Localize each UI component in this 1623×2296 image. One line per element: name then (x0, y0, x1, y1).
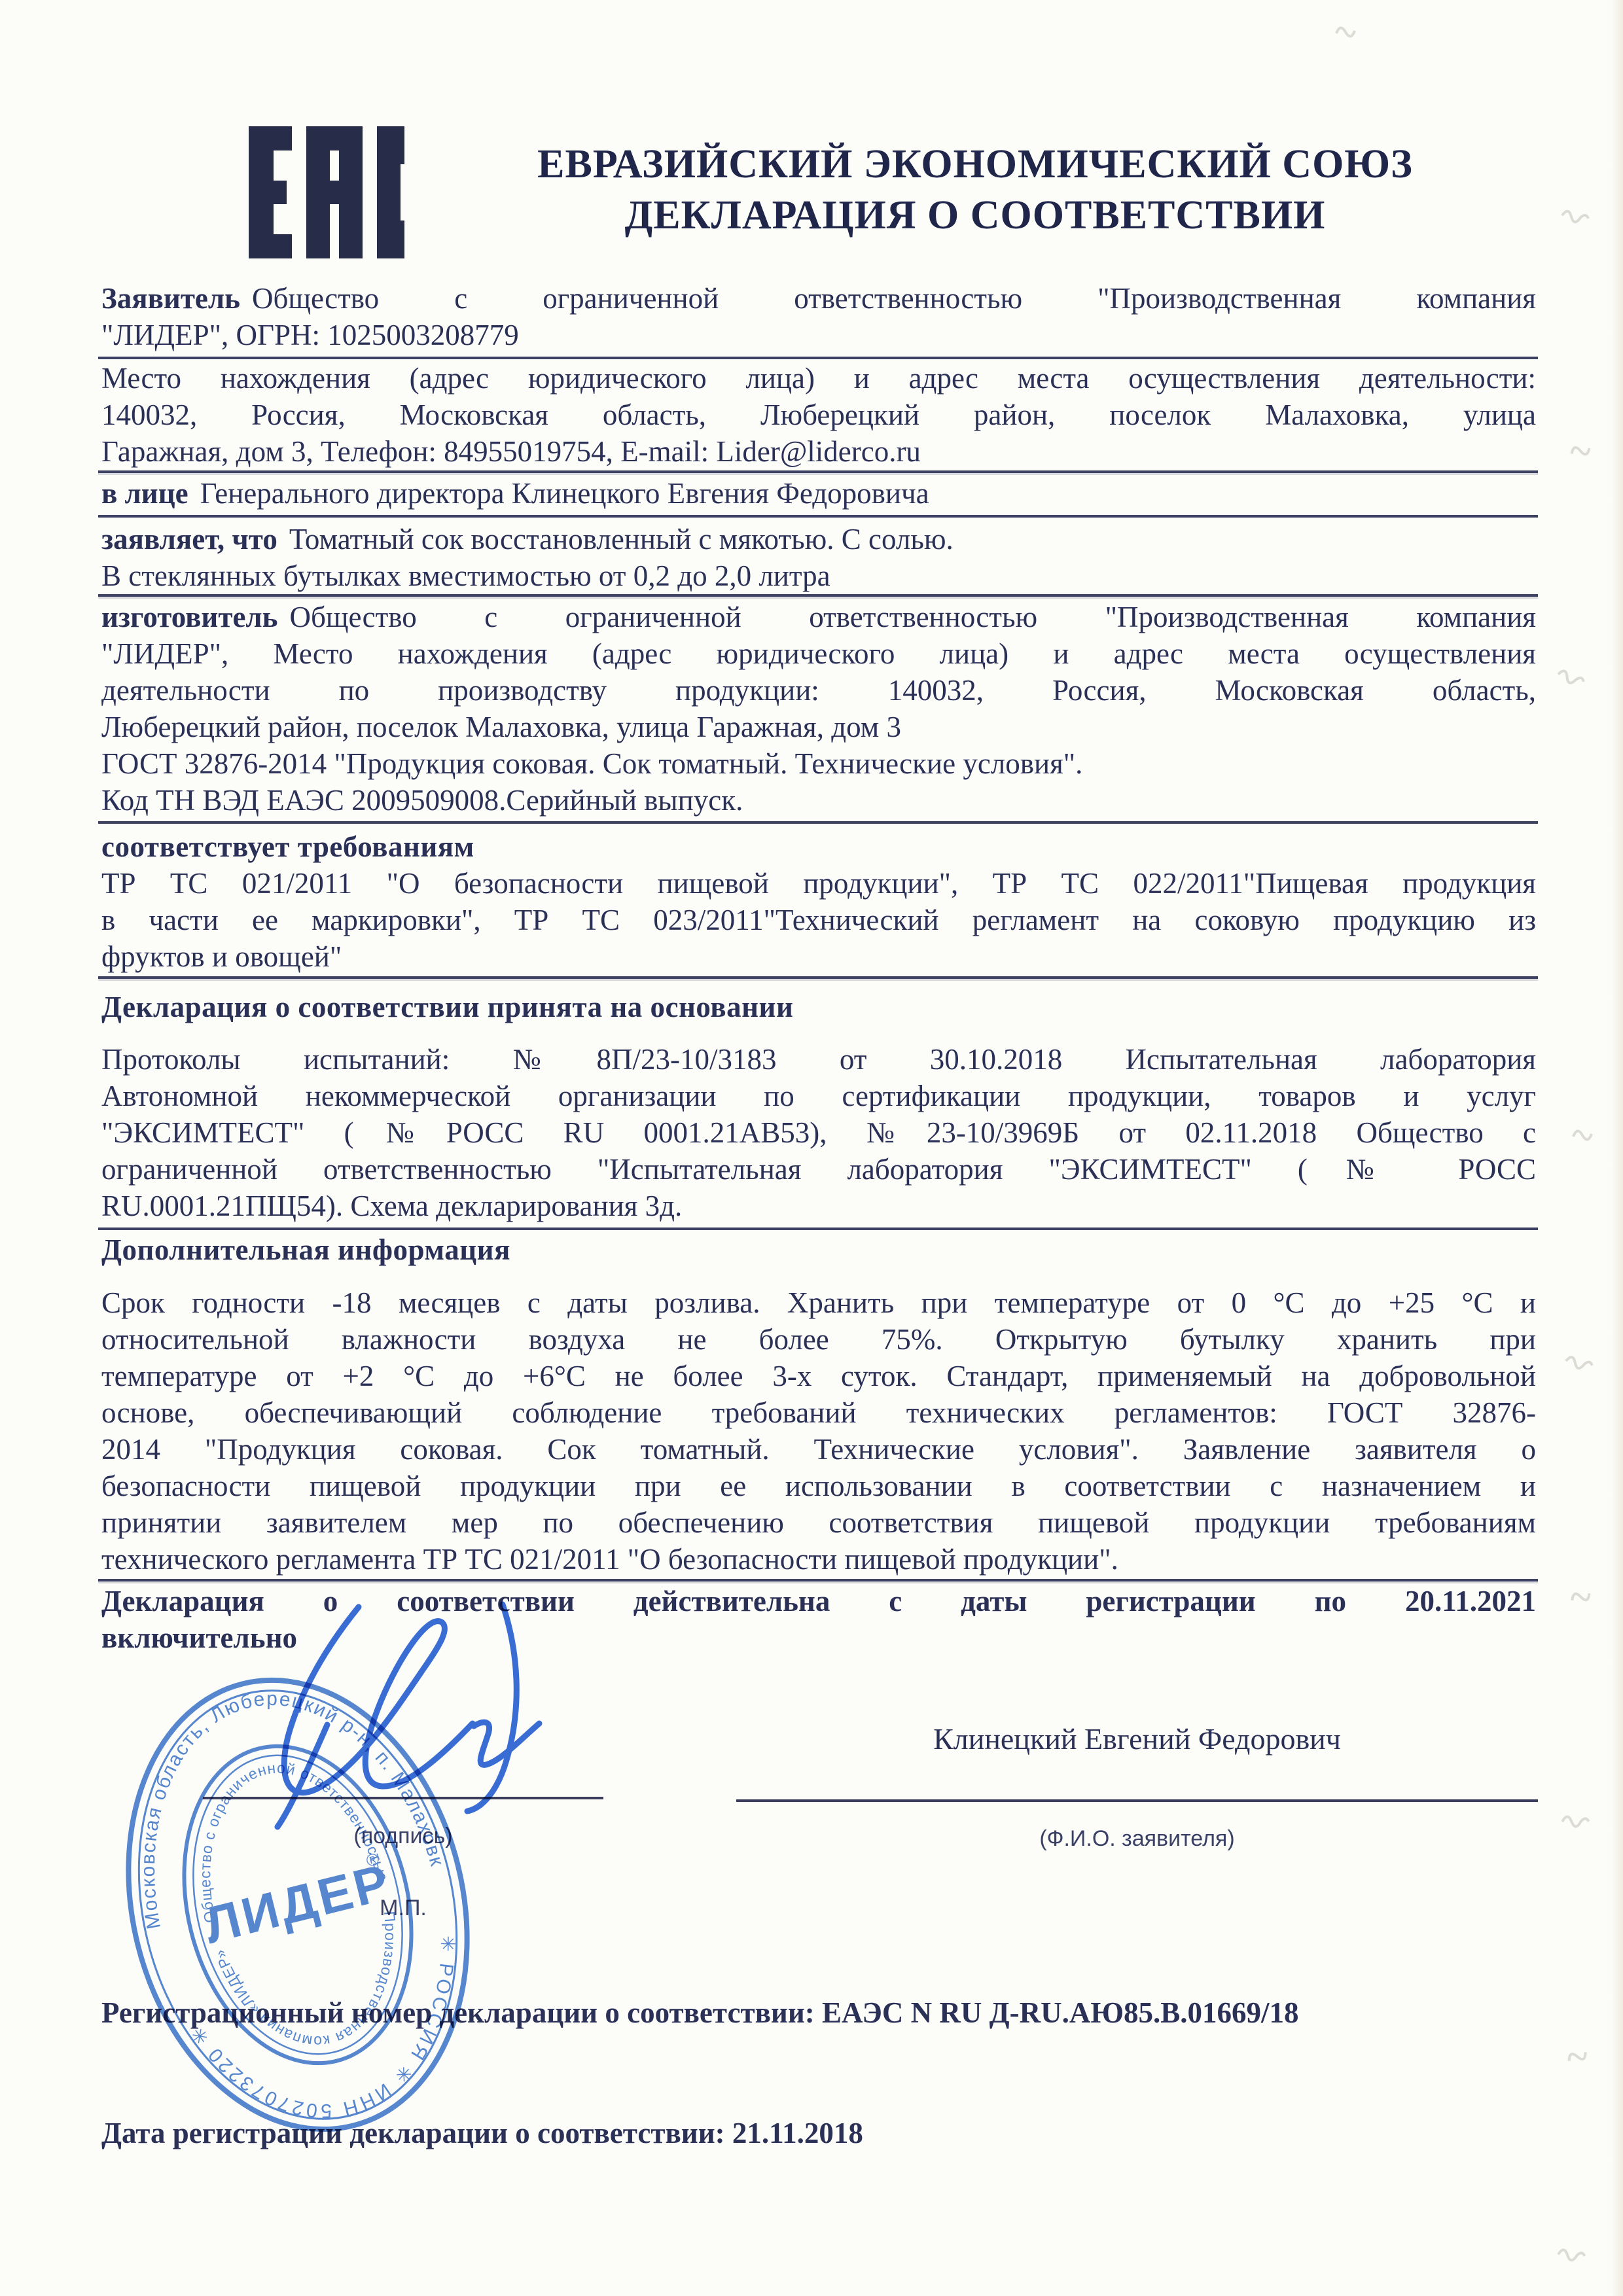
text-line: ГОСТ 32876-2014 "Продукция соковая. Сок … (101, 745, 1536, 782)
scan-artifact (1551, 653, 1594, 699)
text-line: принятии заявителем мер по обеспечению с… (101, 1504, 1536, 1541)
divider-rule (98, 1579, 1538, 1581)
scan-edge-shading (1611, 0, 1623, 2296)
divider-rule (98, 470, 1538, 473)
divider-rule (98, 515, 1538, 518)
heading-basis: Декларация о соответствии принята на осн… (101, 989, 1536, 1025)
divider-rule (98, 976, 1538, 979)
divider-rule (98, 1227, 1538, 1230)
stamp-inner-bottom-text: Производственная компания «ЛИДЕР» (210, 1904, 426, 2072)
registration-date-line: Дата регистрации декларации о соответств… (101, 2115, 1536, 2151)
text-line: в лицеГенерального директора Клинецкого … (101, 475, 1536, 512)
section-additional-info: Срок годности -18 месяцев с даты розлива… (101, 1284, 1536, 1578)
section-declares: заявляет, чтоТоматный сок восстановленны… (101, 521, 1536, 594)
scan-artifact (1560, 1339, 1600, 1383)
text-line: относительной влажности воздуха не более… (101, 1321, 1536, 1358)
divider-rule (98, 821, 1538, 824)
signature-line-right (736, 1799, 1538, 1802)
title-line-declaration: ДЕКЛАРАЦИЯ О СООТВЕТСТВИИ (419, 190, 1531, 241)
text-line: температуре от +2 °С до +6°С не более 3-… (101, 1358, 1536, 1394)
text-line: ТР ТС 021/2011 "О безопасности пищевой п… (101, 865, 1536, 902)
section-manufacturer: изготовительОбщество с ограниченной отве… (101, 599, 1536, 819)
scan-artifact (1554, 2232, 1592, 2274)
document-title: ЕВРАЗИЙСКИЙ ЭКОНОМИЧЕСКИЙ СОЮЗ ДЕКЛАРАЦИ… (419, 139, 1531, 241)
signature-caption: (подпись) (203, 1818, 603, 1854)
text-line: деятельности по производству продукции: … (101, 672, 1536, 709)
section-location: Место нахождения (адрес юридического лиц… (101, 360, 1536, 470)
text-line: фруктов и овощей" (101, 938, 1536, 975)
field-label: Заявитель (101, 282, 240, 315)
text-line: основе, обеспечивающий соблюдение требов… (101, 1394, 1536, 1431)
divider-rule (98, 357, 1538, 359)
applicant-name: Клинецкий Евгений Федорович (736, 1721, 1538, 1757)
text-line: В стеклянных бутылках вместимостью от 0,… (101, 557, 1536, 594)
text-line: 2014 "Продукция соковая. Сок томатный. Т… (101, 1431, 1536, 1468)
text-line: "ЛИДЕР", ОГРН: 1025003208779 (101, 317, 1536, 353)
text-line: в части ее маркировки", ТР ТС 023/2011"Т… (101, 902, 1536, 938)
text-line: изготовительОбщество с ограниченной отве… (101, 599, 1536, 635)
title-line-union: ЕВРАЗИЙСКИЙ ЭКОНОМИЧЕСКИЙ СОЮЗ (419, 139, 1531, 190)
applicant-name-caption: (Ф.И.О. заявителя) (736, 1820, 1538, 1857)
text-line: Срок годности -18 месяцев с даты розлива… (101, 1284, 1536, 1321)
field-label: изготовитель (101, 601, 277, 633)
text-line: ЗаявительОбщество с ограниченной ответст… (101, 280, 1536, 317)
text-line: RU.0001.21ПЩ54). Схема декларирования 3д… (101, 1188, 1536, 1224)
scan-artifact (1559, 1799, 1594, 1839)
divider-rule (98, 594, 1538, 597)
text-line: Декларация о соответствии действительна … (101, 1583, 1536, 1619)
registration-number-line: Регистрационный номер декларации о соотв… (101, 1994, 1536, 2031)
section-applicant: ЗаявительОбщество с ограниченной ответст… (101, 280, 1536, 353)
stamp-place-caption: М.П. (203, 1890, 603, 1926)
field-label: в лице (101, 477, 188, 510)
text-line: "ЛИДЕР", Место нахождения (адрес юридиче… (101, 635, 1536, 672)
text-line: Протоколы испытаний: №8П/23-10/3183 от 3… (101, 1041, 1536, 1078)
eac-logo-icon: ЕАС (249, 126, 404, 258)
text-line: Код ТН ВЭД ЕАЭС 2009509008.Серийный выпу… (101, 782, 1536, 819)
scan-artifact (1335, 10, 1365, 47)
scan-artifact (1572, 1114, 1602, 1150)
scan-artifact (1566, 426, 1602, 467)
scan-artifact (1560, 2030, 1601, 2074)
text-line: технического регламента ТР ТС 021/2011 "… (101, 1541, 1536, 1578)
text-line: Автономной некоммерческой организации по… (101, 1078, 1536, 1114)
field-label: заявляет, что (101, 523, 277, 556)
section-compliance: ТР ТС 021/2011 "О безопасности пищевой п… (101, 865, 1536, 975)
svg-text:Производственная компания «ЛИД: Производственная компания «ЛИДЕР» (210, 1904, 426, 2072)
signature-line-left (203, 1797, 603, 1799)
scan-artifact (1565, 1571, 1603, 1614)
text-line: "ЭКСИМТЕСТ" (№РОСС RU 0001.21АВ53), №23-… (101, 1114, 1536, 1151)
text-line: безопасности пищевой продукции при ее ис… (101, 1468, 1536, 1504)
text-line: 140032, Россия, Московская область, Любе… (101, 397, 1536, 433)
heading-compliance: соответствует требованиям (101, 828, 1536, 865)
text-line: заявляет, чтоТоматный сок восстановленны… (101, 521, 1536, 557)
text-line: Место нахождения (адрес юридического лиц… (101, 360, 1536, 397)
text-line: ограниченной ответственностью "Испытател… (101, 1151, 1536, 1188)
text-line: Люберецкий район, поселок Малаховка, ули… (101, 709, 1536, 745)
heading-additional-info: Дополнительная информация (101, 1231, 1536, 1268)
declaration-document-page: ЕАС ЕВРАЗИЙСКИЙ ЭКОНОМИЧЕСКИЙ СОЮЗ ДЕКЛА… (0, 0, 1623, 2296)
section-validity: Декларация о соответствии действительна … (101, 1583, 1536, 1656)
section-basis: Протоколы испытаний: №8П/23-10/3183 от 3… (101, 1041, 1536, 1224)
text-line: включительно (101, 1619, 1536, 1656)
section-person: в лицеГенерального директора Клинецкого … (101, 475, 1536, 512)
scan-artifact (1558, 193, 1596, 236)
text-line: Гаражная, дом 3, Телефон: 84955019754, E… (101, 433, 1536, 470)
